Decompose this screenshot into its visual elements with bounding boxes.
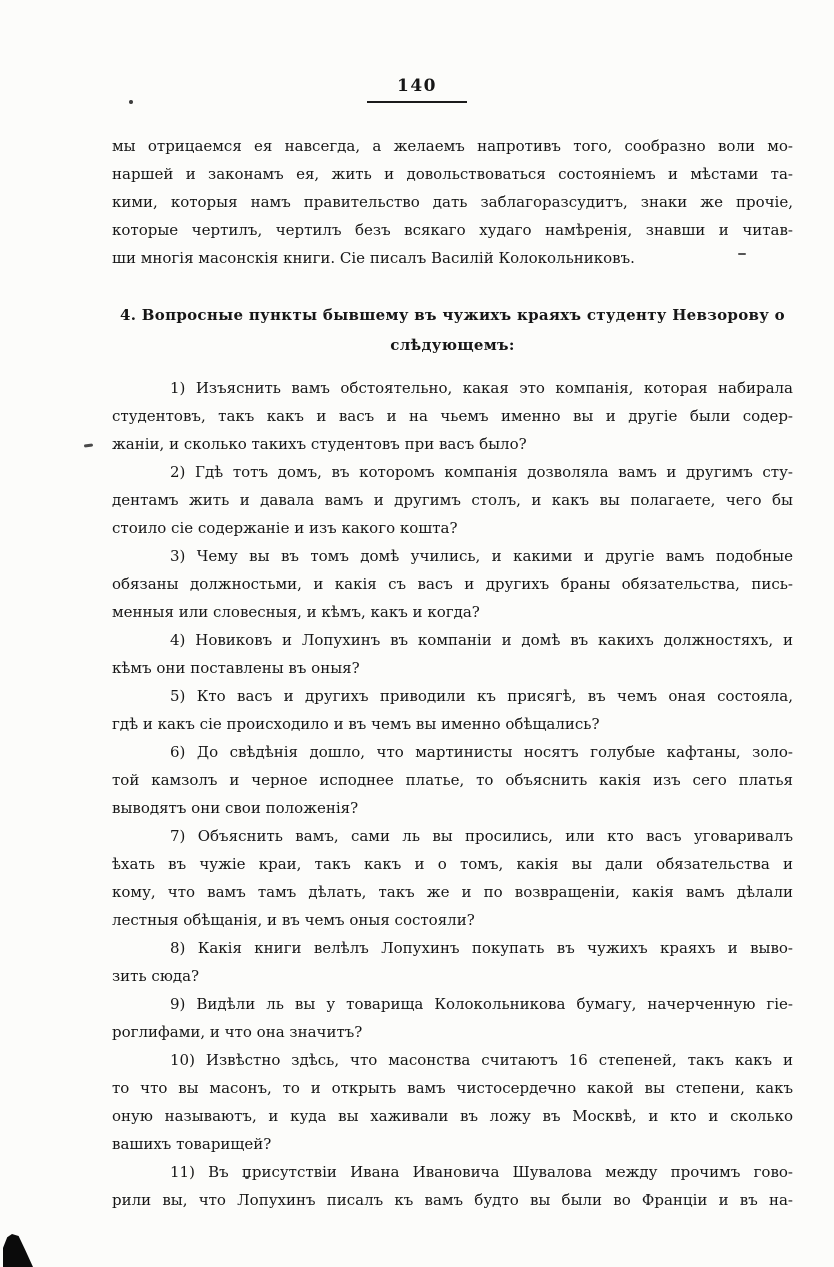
continuation-paragraph: мы отрицаемся ея навсегда, а желаемъ нап… xyxy=(112,132,793,272)
text-line: слѣдующемъ: xyxy=(112,330,793,360)
page-header: 140 xyxy=(0,76,834,103)
book-page: 140 мы отрицаемся ея навсегда, а желаемъ… xyxy=(0,0,834,1267)
text-line: которые чертилъ, чертилъ безъ всякаго ху… xyxy=(112,216,793,244)
text-line: 2) Гдѣ тотъ домъ, въ которомъ компанія д… xyxy=(112,458,793,486)
question-item-4: 4) Новиковъ и Лопухинъ въ компаніи и дом… xyxy=(112,626,793,682)
text-line: зить сюда? xyxy=(112,962,793,990)
text-line: жаніи, и сколько такихъ студентовъ при в… xyxy=(112,430,793,458)
scan-speck xyxy=(738,253,746,255)
text-line: лестныя обѣщанія, и въ чемъ оныя состоял… xyxy=(112,906,793,934)
text-line: менныя или словесныя, и кѣмъ, какъ и ког… xyxy=(112,598,793,626)
question-item-10: 10) Извѣстно здѣсь, что масонства считаю… xyxy=(112,1046,793,1158)
text-line: ши многія масонскія книги. Сіе писалъ Ва… xyxy=(112,244,793,272)
text-line: 7) Объяснить вамъ, сами ль вы просились,… xyxy=(112,822,793,850)
text-line: 4) Новиковъ и Лопухинъ въ компаніи и дом… xyxy=(112,626,793,654)
question-item-6: 6) До свѣдѣнія дошло, что мартинисты нос… xyxy=(112,738,793,822)
text-line: стоило сіе содержаніе и изъ какого кошта… xyxy=(112,514,793,542)
text-line: 10) Извѣстно здѣсь, что масонства считаю… xyxy=(112,1046,793,1074)
text-line: 4. Вопросные пункты бывшему въ чужихъ кр… xyxy=(112,300,793,330)
text-line: 9) Видѣли ль вы у товарища Колокольников… xyxy=(112,990,793,1018)
text-line: 1) Изъяснить вамъ обстоятельно, какая эт… xyxy=(112,374,793,402)
text-line: студентовъ, такъ какъ и васъ и на чьемъ … xyxy=(112,402,793,430)
text-flow: мы отрицаемся ея навсегда, а желаемъ нап… xyxy=(112,132,793,1214)
text-line: мы отрицаемся ея навсегда, а желаемъ нап… xyxy=(112,132,793,160)
question-item-1: 1) Изъяснить вамъ обстоятельно, какая эт… xyxy=(112,374,793,458)
text-line: дентамъ жить и давала вамъ и другимъ сто… xyxy=(112,486,793,514)
text-line: 3) Чему вы въ томъ домѣ учились, и каким… xyxy=(112,542,793,570)
scan-speck xyxy=(129,100,133,104)
scan-speck xyxy=(245,1176,249,1179)
question-item-11: 11) Въ присутствіи Ивана Ивановича Шувал… xyxy=(112,1158,793,1214)
text-line: кому, что вамъ тамъ дѣлать, такъ же и по… xyxy=(112,878,793,906)
ink-blot-artifact xyxy=(3,1234,33,1267)
section-heading: 4. Вопросные пункты бывшему въ чужихъ кр… xyxy=(112,300,793,360)
question-item-9: 9) Видѣли ль вы у товарища Колокольников… xyxy=(112,990,793,1046)
question-item-5: 5) Кто васъ и другихъ приводили къ прися… xyxy=(112,682,793,738)
question-item-3: 3) Чему вы въ томъ домѣ учились, и каким… xyxy=(112,542,793,626)
text-line: наршей и законамъ ея, жить и довольствов… xyxy=(112,160,793,188)
text-line: рили вы, что Лопухинъ писалъ къ вамъ буд… xyxy=(112,1186,793,1214)
text-line: кими, которыя намъ правительство дать за… xyxy=(112,188,793,216)
text-line: 8) Какія книги велѣлъ Лопухинъ покупать … xyxy=(112,934,793,962)
text-line: 11) Въ присутствіи Ивана Ивановича Шувал… xyxy=(112,1158,793,1186)
question-item-7: 7) Объяснить вамъ, сами ль вы просились,… xyxy=(112,822,793,934)
text-line: той камзолъ и черное исподнее платье, то… xyxy=(112,766,793,794)
question-item-8: 8) Какія книги велѣлъ Лопухинъ покупать … xyxy=(112,934,793,990)
text-line: гдѣ и какъ сіе происходило и въ чемъ вы … xyxy=(112,710,793,738)
page-number: 140 xyxy=(367,76,467,103)
text-line: 6) До свѣдѣнія дошло, что мартинисты нос… xyxy=(112,738,793,766)
text-line: ѣхать въ чужіе краи, такъ какъ и о томъ,… xyxy=(112,850,793,878)
text-line: оную называютъ, и куда вы хаживали въ ло… xyxy=(112,1102,793,1130)
text-line: вашихъ товарищей? xyxy=(112,1130,793,1158)
text-line: обязаны должностьми, и какія съ васъ и д… xyxy=(112,570,793,598)
text-line: выводятъ они свои положенія? xyxy=(112,794,793,822)
scan-speck xyxy=(84,443,93,447)
text-line: 5) Кто васъ и другихъ приводили къ прися… xyxy=(112,682,793,710)
question-item-2: 2) Гдѣ тотъ домъ, въ которомъ компанія д… xyxy=(112,458,793,542)
text-line: роглифами, и что она значитъ? xyxy=(112,1018,793,1046)
text-line: то что вы масонъ, то и открыть вамъ чист… xyxy=(112,1074,793,1102)
text-line: кѣмъ они поставлены въ оныя? xyxy=(112,654,793,682)
